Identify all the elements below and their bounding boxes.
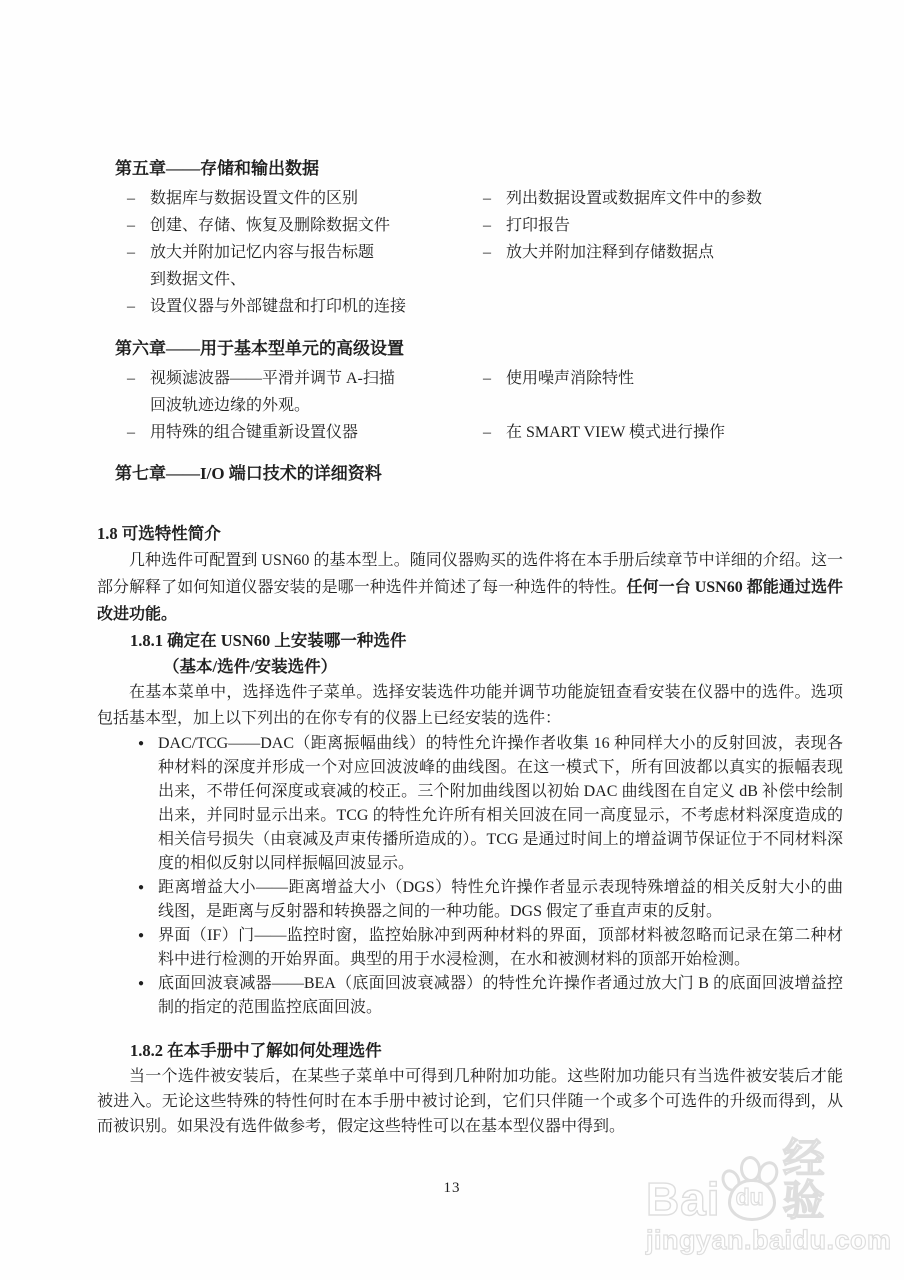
section-1-8-2-heading: 1.8.2 在本手册中了解如何处理选件	[130, 1038, 843, 1064]
manual-page: 第五章——存储和输出数据 – 数据库与数据设置文件的区别 – 列出数据设置或数据…	[0, 0, 904, 1280]
bullet-text: 距离增益大小——距离增益大小（DGS）特性允许操作者显示表现特殊增益的相关反射大…	[158, 876, 843, 924]
list-item-label: 放大并附加注释到存储数据点	[506, 239, 714, 266]
chapter5-list: – 数据库与数据设置文件的区别 – 列出数据设置或数据库文件中的参数 – 创建、…	[127, 185, 843, 320]
section-1-8-1-subheading: （基本/选件/安装选件）	[163, 654, 843, 680]
list-item: – 在 SMART VIEW 模式进行操作	[483, 419, 843, 446]
list-item: – 放大并附加记忆内容与报告标题 到数据文件、	[127, 239, 483, 293]
section-1-8: 1.8 可选特性简介 几种选件可配置到 USN60 的基本型上。随同仪器购买的选…	[97, 521, 843, 1139]
dash-icon: –	[127, 293, 150, 320]
list-row: – 数据库与数据设置文件的区别 – 列出数据设置或数据库文件中的参数	[127, 185, 843, 212]
list-item: – 放大并附加注释到存储数据点	[483, 239, 843, 266]
bullet-icon: ●	[138, 972, 158, 996]
chapter6-list: – 视频滤波器——平滑并调节 A-扫描 回波轨迹边缘的外观。 – 使用噪声消除特…	[127, 365, 843, 446]
list-item-label: 视频滤波器——平滑并调节 A-扫描 回波轨迹边缘的外观。	[150, 365, 395, 419]
page-content: 第五章——存储和输出数据 – 数据库与数据设置文件的区别 – 列出数据设置或数据…	[97, 156, 843, 1139]
chapter7-title: 第七章——I/O 端口技术的详细资料	[115, 461, 843, 487]
chapter6-title: 第六章——用于基本型单元的高级设置	[115, 336, 843, 362]
chapter7-section: 第七章——I/O 端口技术的详细资料	[97, 461, 843, 487]
list-item-label: 使用噪声消除特性	[506, 365, 634, 392]
list-item: – 列出数据设置或数据库文件中的参数	[483, 185, 843, 212]
list-item: – 数据库与数据设置文件的区别	[127, 185, 483, 212]
list-item-label: 创建、存储、恢复及删除数据文件	[150, 212, 390, 239]
list-item-label: 在 SMART VIEW 模式进行操作	[506, 419, 725, 446]
dash-icon: –	[483, 239, 506, 266]
section-1-8-intro: 几种选件可配置到 USN60 的基本型上。随同仪器购买的选件将在本手册后续章节中…	[97, 547, 843, 628]
dash-icon: –	[127, 185, 150, 212]
list-row: – 视频滤波器——平滑并调节 A-扫描 回波轨迹边缘的外观。 – 使用噪声消除特…	[127, 365, 843, 419]
list-item-label: 列出数据设置或数据库文件中的参数	[506, 185, 762, 212]
chapter5-section: 第五章——存储和输出数据 – 数据库与数据设置文件的区别 – 列出数据设置或数据…	[97, 156, 843, 320]
watermark-brand-paw-text: du	[736, 1186, 764, 1209]
list-item-label: 打印报告	[506, 212, 570, 239]
chapter6-section: 第六章——用于基本型单元的高级设置 – 视频滤波器——平滑并调节 A-扫描 回波…	[97, 336, 843, 446]
section-1-8-1-body: 在基本菜单中，选择选件子菜单。选择安装选件功能并调节功能旋钮查看安装在仪器中的选…	[97, 680, 843, 732]
list-row: – 创建、存储、恢复及删除数据文件 – 打印报告	[127, 212, 843, 239]
dash-icon: –	[127, 419, 150, 446]
baidu-jingyan-watermark: Bai du 经验 jingyan.baidu.com	[646, 1138, 860, 1254]
chapter5-title: 第五章——存储和输出数据	[115, 156, 843, 182]
bullet-item-bea: ● 底面回波衰减器——BEA（底面回波衰减器）的特性允许操作者通过放大门 B 的…	[138, 972, 843, 1020]
dash-icon: –	[483, 212, 506, 239]
section-1-8-2-body: 当一个选件被安装后，在某些子菜单中可得到几种附加功能。这些附加功能只有当选件被安…	[97, 1064, 843, 1139]
list-row: – 设置仪器与外部键盘和打印机的连接	[127, 293, 843, 320]
section-1-8-1-heading: 1.8.1 确定在 USN60 上安装哪一种选件	[130, 628, 843, 654]
watermark-url: jingyan.baidu.com	[646, 1227, 860, 1254]
bullet-text: DAC/TCG——DAC（距离振幅曲线）的特性允许操作者收集 16 种同样大小的…	[158, 732, 843, 876]
watermark-brand-prefix: Bai	[646, 1176, 721, 1222]
list-item-label: 数据库与数据设置文件的区别	[150, 185, 358, 212]
bullet-icon: ●	[138, 732, 158, 756]
list-item: – 打印报告	[483, 212, 843, 239]
dash-icon: –	[483, 365, 506, 392]
list-row: – 放大并附加记忆内容与报告标题 到数据文件、 – 放大并附加注释到存储数据点	[127, 239, 843, 293]
bullet-item-if-gate: ● 界面（IF）门——监控时窗，监控始脉冲到两种材料的界面，顶部材料被忽略而记录…	[138, 924, 843, 972]
bullet-text: 界面（IF）门——监控时窗，监控始脉冲到两种材料的界面，顶部材料被忽略而记录在第…	[158, 924, 843, 972]
list-row: – 用特殊的组合键重新设置仪器 – 在 SMART VIEW 模式进行操作	[127, 419, 843, 446]
watermark-brand-suffix: 经验	[783, 1138, 860, 1222]
bullet-icon: ●	[138, 876, 158, 900]
list-item: – 创建、存储、恢复及删除数据文件	[127, 212, 483, 239]
list-item: – 用特殊的组合键重新设置仪器	[127, 419, 483, 446]
paw-icon: du	[721, 1156, 783, 1222]
list-item-label: 放大并附加记忆内容与报告标题 到数据文件、	[150, 239, 374, 293]
list-item: – 设置仪器与外部键盘和打印机的连接	[127, 293, 483, 320]
watermark-logo-row: Bai du 经验	[646, 1138, 860, 1222]
bullet-item-dgs: ● 距离增益大小——距离增益大小（DGS）特性允许操作者显示表现特殊增益的相关反…	[138, 876, 843, 924]
list-item-label: 设置仪器与外部键盘和打印机的连接	[150, 293, 406, 320]
bullet-item-dac-tcg: ● DAC/TCG——DAC（距离振幅曲线）的特性允许操作者收集 16 种同样大…	[138, 732, 843, 876]
list-item: – 视频滤波器——平滑并调节 A-扫描 回波轨迹边缘的外观。	[127, 365, 483, 419]
dash-icon: –	[483, 419, 506, 446]
dash-icon: –	[127, 239, 150, 266]
dash-icon: –	[127, 212, 150, 239]
list-item-label: 用特殊的组合键重新设置仪器	[150, 419, 358, 446]
bullet-icon: ●	[138, 924, 158, 948]
dash-icon: –	[483, 185, 506, 212]
dash-icon: –	[127, 365, 150, 392]
section-1-8-heading: 1.8 可选特性简介	[97, 521, 843, 547]
options-bullet-list: ● DAC/TCG——DAC（距离振幅曲线）的特性允许操作者收集 16 种同样大…	[138, 732, 843, 1020]
list-item: – 使用噪声消除特性	[483, 365, 843, 392]
bullet-text: 底面回波衰减器——BEA（底面回波衰减器）的特性允许操作者通过放大门 B 的底面…	[158, 972, 843, 1020]
